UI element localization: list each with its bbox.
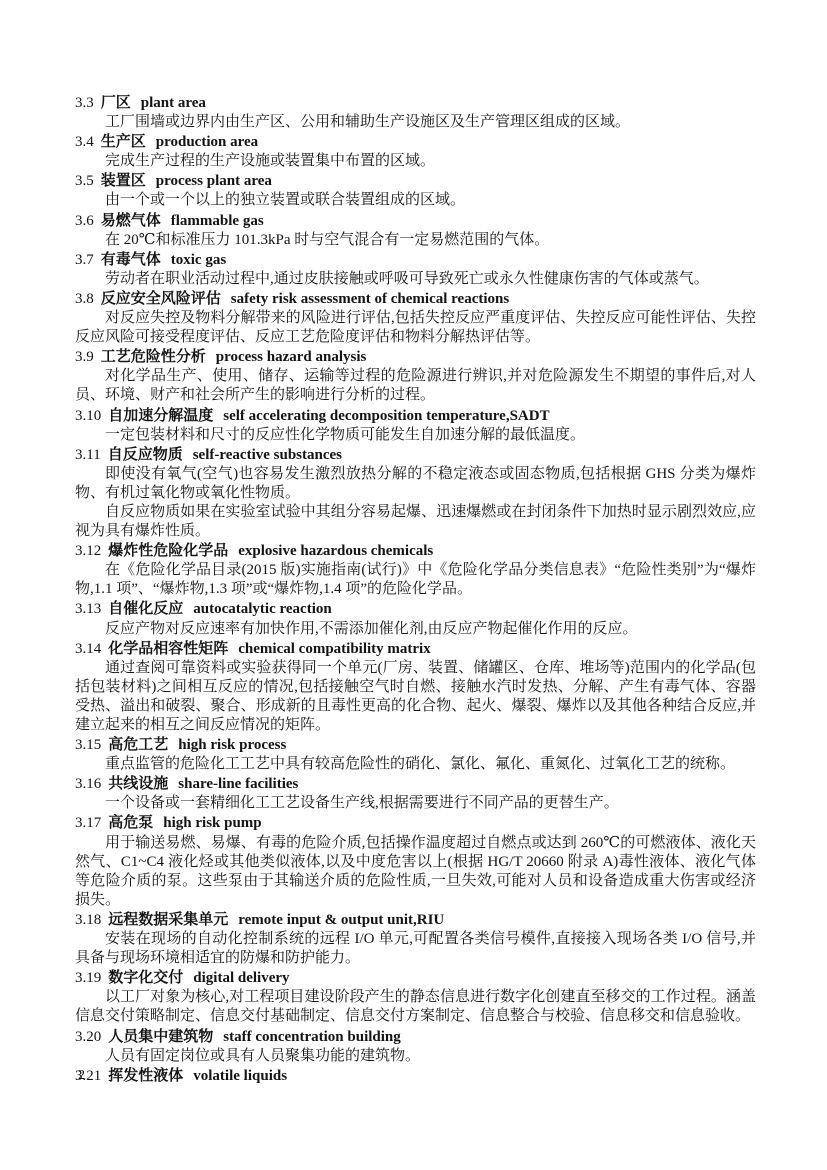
term-zh: 数字化交付 [108, 969, 183, 986]
term-definition: 反应产物对反应速率有加快作用,不需添加催化剂,由反应产物起催化作用的反应。 [75, 620, 756, 639]
term-en: production area [156, 134, 258, 150]
term-number: 3.11 [75, 447, 101, 463]
term-zh: 远程数据采集单元 [108, 911, 228, 928]
term-zh: 自催化反应 [108, 600, 183, 617]
term-zh: 挥发性液体 [108, 1067, 183, 1084]
term-zh: 装置区 [101, 172, 146, 189]
term-heading: 3.14化学品相容性矩阵chemical compatibility matri… [75, 639, 756, 659]
term-zh: 共线设施 [108, 775, 168, 792]
term-row: 3.9工艺危险性分析process hazard analysis 对化学品生产… [75, 347, 756, 405]
term-heading: 3.21挥发性液体volatile liquids [75, 1066, 756, 1086]
term-number: 3.4 [75, 134, 94, 150]
term-definition: 重点监管的危险化工工艺中具有较高危险性的硝化、氯化、氟化、重氮化、过氧化工艺的统… [75, 755, 756, 774]
term-number: 3.5 [75, 173, 94, 189]
term-zh: 高危泵 [108, 814, 153, 831]
term-heading: 3.17高危泵high risk pump [75, 813, 756, 833]
term-en: safety risk assessment of chemical react… [231, 291, 509, 307]
term-zh: 人员集中建筑物 [108, 1028, 213, 1045]
term-number: 3.6 [75, 213, 94, 229]
term-zh: 化学品相容性矩阵 [108, 640, 228, 657]
term-definition: 即使没有氧气(空气)也容易发生激烈放热分解的不稳定液态或固态物质,包括根据 GH… [75, 465, 756, 503]
term-number: 3.9 [75, 349, 94, 365]
term-en: share-line facilities [178, 776, 298, 792]
term-row: 3.11自反应物质self-reactive substances 即使没有氧气… [75, 445, 756, 541]
term-en: self accelerating decomposition temperat… [223, 408, 549, 424]
term-row: 3.14化学品相容性矩阵chemical compatibility matri… [75, 639, 756, 735]
term-definition: 在 20℃和标准压力 101.3kPa 时与空气混合有一定易燃范围的气体。 [75, 231, 756, 250]
term-row: 3.10自加速分解温度self accelerating decompositi… [75, 406, 756, 445]
term-number: 3.7 [75, 252, 94, 268]
term-en: chemical compatibility matrix [238, 641, 430, 657]
term-row: 3.20人员集中建筑物staff concentration building … [75, 1027, 756, 1066]
term-heading: 3.12爆炸性危险化学品explosive hazardous chemical… [75, 541, 756, 561]
term-en: flammable gas [171, 213, 264, 229]
term-number: 3.15 [75, 737, 101, 753]
term-row: 3.6易燃气体flammable gas 在 20℃和标准压力 101.3kPa… [75, 211, 756, 250]
term-en: staff concentration building [223, 1029, 401, 1045]
term-en: autocatalytic reaction [193, 601, 331, 617]
term-definition: 用于输送易燃、易爆、有毒的危险介质,包括操作温度超过自燃点或达到 260℃的可燃… [75, 834, 756, 910]
term-row: 3.3厂区plant area 工厂围墙或边界内由生产区、公用和辅助生产设施区及… [75, 93, 756, 132]
term-heading: 3.9工艺危险性分析process hazard analysis [75, 347, 756, 367]
term-heading: 3.3厂区plant area [75, 93, 756, 113]
term-heading: 3.18远程数据采集单元remote input & output unit,R… [75, 910, 756, 930]
term-row: 3.18远程数据采集单元remote input & output unit,R… [75, 910, 756, 968]
term-heading: 3.11自反应物质self-reactive substances [75, 445, 756, 465]
page-number: 2 [78, 1066, 85, 1085]
term-number: 3.3 [75, 95, 94, 111]
term-definition: 一定包装材料和尺寸的反应性化学物质可能发生自加速分解的最低温度。 [75, 426, 756, 445]
document-page: 3.3厂区plant area 工厂围墙或边界内由生产区、公用和辅助生产设施区及… [0, 0, 827, 1170]
term-heading: 3.15高危工艺high risk process [75, 735, 756, 755]
term-definition: 对化学品生产、使用、储存、运输等过程的危险源进行辨识,并对危险源发生不期望的事件… [75, 367, 756, 405]
term-heading: 3.5装置区process plant area [75, 171, 756, 191]
terms-section: 3.3厂区plant area 工厂围墙或边界内由生产区、公用和辅助生产设施区及… [75, 93, 756, 1086]
term-heading: 3.6易燃气体flammable gas [75, 211, 756, 231]
term-definition: 自反应物质如果在实验室试验中其组分容易起爆、迅速爆燃或在封闭条件下加热时显示剧烈… [75, 503, 756, 541]
term-row: 3.13自催化反应autocatalytic reaction 反应产物对反应速… [75, 599, 756, 638]
term-number: 3.10 [75, 408, 101, 424]
term-en: process hazard analysis [216, 349, 367, 365]
term-number: 3.12 [75, 543, 101, 559]
term-row: 3.4生产区production area 完成生产过程的生产设施或装置集中布置… [75, 132, 756, 171]
term-definition: 一个设备或一套精细化工工艺设备生产线,根据需要进行不同产品的更替生产。 [75, 794, 756, 813]
term-definition: 安装在现场的自动化控制系统的远程 I/O 单元,可配置各类信号模件,直接接入现场… [75, 930, 756, 968]
term-row: 3.17高危泵high risk pump 用于输送易燃、易爆、有毒的危险介质,… [75, 813, 756, 909]
term-number: 3.16 [75, 776, 101, 792]
term-definition: 对反应失控及物料分解带来的风险进行评估,包括失控反应严重度评估、失控反应可能性评… [75, 309, 756, 347]
term-zh: 爆炸性危险化学品 [108, 542, 228, 559]
term-number: 3.20 [75, 1029, 101, 1045]
term-en: digital delivery [193, 970, 289, 986]
term-zh: 工艺危险性分析 [101, 348, 206, 365]
term-heading: 3.7有毒气体toxic gas [75, 250, 756, 270]
term-number: 3.14 [75, 641, 101, 657]
term-heading: 3.19数字化交付digital delivery [75, 968, 756, 988]
term-row: 3.12爆炸性危险化学品explosive hazardous chemical… [75, 541, 756, 599]
term-definition: 在《危险化学品目录(2015 版)实施指南(试行)》中《危险化学品分类信息表》“… [75, 561, 756, 599]
term-en: self-reactive substances [193, 447, 342, 463]
term-row: 3.7有毒气体toxic gas 劳动者在职业活动过程中,通过皮肤接触或呼吸可导… [75, 250, 756, 289]
term-zh: 自反应物质 [108, 446, 183, 463]
term-row: 3.16共线设施share-line facilities 一个设备或一套精细化… [75, 774, 756, 813]
term-number: 3.18 [75, 912, 101, 928]
term-en: high risk process [178, 737, 286, 753]
term-definition: 由一个或一个以上的独立装置或联合装置组成的区域。 [75, 191, 756, 210]
term-zh: 高危工艺 [108, 736, 168, 753]
term-heading: 3.16共线设施share-line facilities [75, 774, 756, 794]
term-en: explosive hazardous chemicals [238, 543, 433, 559]
term-en: toxic gas [171, 252, 226, 268]
term-zh: 自加速分解温度 [108, 407, 213, 424]
term-en: volatile liquids [193, 1068, 287, 1084]
term-row: 3.19数字化交付digital delivery 以工厂对象为核心,对工程项目… [75, 968, 756, 1026]
term-number: 3.13 [75, 601, 101, 617]
term-row: 3.15高危工艺high risk process 重点监管的危险化工工艺中具有… [75, 735, 756, 774]
term-definition: 以工厂对象为核心,对工程项目建设阶段产生的静态信息进行数字化创建直至移交的工作过… [75, 988, 756, 1026]
term-heading: 3.4生产区production area [75, 132, 756, 152]
term-number: 3.19 [75, 970, 101, 986]
term-definition: 通过查阅可靠资料或实验获得同一个单元(厂房、装置、储罐区、仓库、堆场等)范围内的… [75, 659, 756, 735]
term-en: process plant area [156, 173, 272, 189]
term-heading: 3.10自加速分解温度self accelerating decompositi… [75, 406, 756, 426]
term-en: high risk pump [163, 815, 261, 831]
term-definition: 工厂围墙或边界内由生产区、公用和辅助生产设施区及生产管理区组成的区域。 [75, 113, 756, 132]
term-en: remote input & output unit,RIU [238, 912, 444, 928]
term-zh: 生产区 [101, 133, 146, 150]
term-zh: 厂区 [101, 94, 131, 111]
term-number: 3.8 [75, 291, 94, 307]
term-definition: 完成生产过程的生产设施或装置集中布置的区域。 [75, 152, 756, 171]
term-zh: 反应安全风险评估 [101, 290, 221, 307]
term-zh: 有毒气体 [101, 251, 161, 268]
term-number: 3.17 [75, 815, 101, 831]
term-en: plant area [141, 95, 206, 111]
term-row: 3.21挥发性液体volatile liquids [75, 1066, 756, 1086]
term-zh: 易燃气体 [101, 212, 161, 229]
term-heading: 3.13自催化反应autocatalytic reaction [75, 599, 756, 619]
term-heading: 3.20人员集中建筑物staff concentration building [75, 1027, 756, 1047]
term-row: 3.8反应安全风险评估safety risk assessment of che… [75, 289, 756, 347]
term-definition: 劳动者在职业活动过程中,通过皮肤接触或呼吸可导致死亡或永久性健康伤害的气体或蒸气… [75, 270, 756, 289]
term-definition: 人员有固定岗位或具有人员聚集功能的建筑物。 [75, 1047, 756, 1066]
term-heading: 3.8反应安全风险评估safety risk assessment of che… [75, 289, 756, 309]
term-row: 3.5装置区process plant area 由一个或一个以上的独立装置或联… [75, 171, 756, 210]
